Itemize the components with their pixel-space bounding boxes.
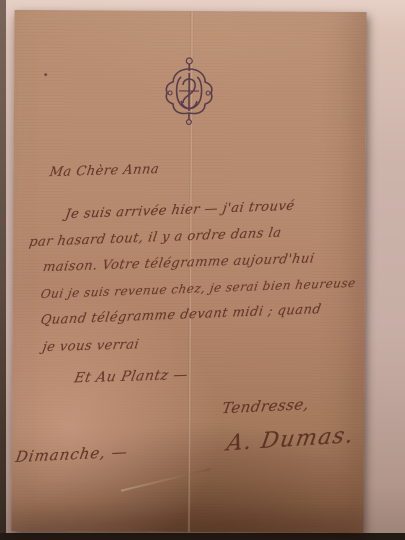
letter-sheet: Ma Chère Anna Je suis arrivée hier — j'a… bbox=[11, 10, 366, 533]
letter-closing: Tendresse, bbox=[221, 395, 311, 417]
letter-line-3: maison. Votre télégramme aujourd'hui bbox=[42, 251, 316, 275]
paper-speck bbox=[44, 73, 47, 76]
letter-line-6: je vous verrai bbox=[41, 337, 140, 355]
letter-line-5: Quand télégramme devant midi ; quand bbox=[40, 302, 323, 328]
backdrop-left-shadow bbox=[0, 0, 6, 540]
letter-photograph: Ma Chère Anna Je suis arrivée hier — j'a… bbox=[0, 0, 405, 540]
letter-date-line: Dimanche, — bbox=[14, 443, 129, 466]
backdrop-bottom-shadow bbox=[0, 533, 405, 540]
diagonal-fold-crease bbox=[121, 468, 211, 492]
letter-line-2: par hasard tout, il y a ordre dans la bbox=[28, 226, 283, 251]
letter-place-line: Et Au Plantz — bbox=[73, 367, 189, 386]
letter-signature: A. Dumas. bbox=[225, 423, 356, 456]
letter-line-1: Je suis arrivée hier — j'ai trouvé bbox=[64, 199, 295, 223]
letter-line-4: Oui je suis revenue chez, je serai bien … bbox=[40, 276, 357, 301]
letter-salutation: Ma Chère Anna bbox=[48, 162, 160, 180]
monogram-icon bbox=[161, 55, 217, 127]
